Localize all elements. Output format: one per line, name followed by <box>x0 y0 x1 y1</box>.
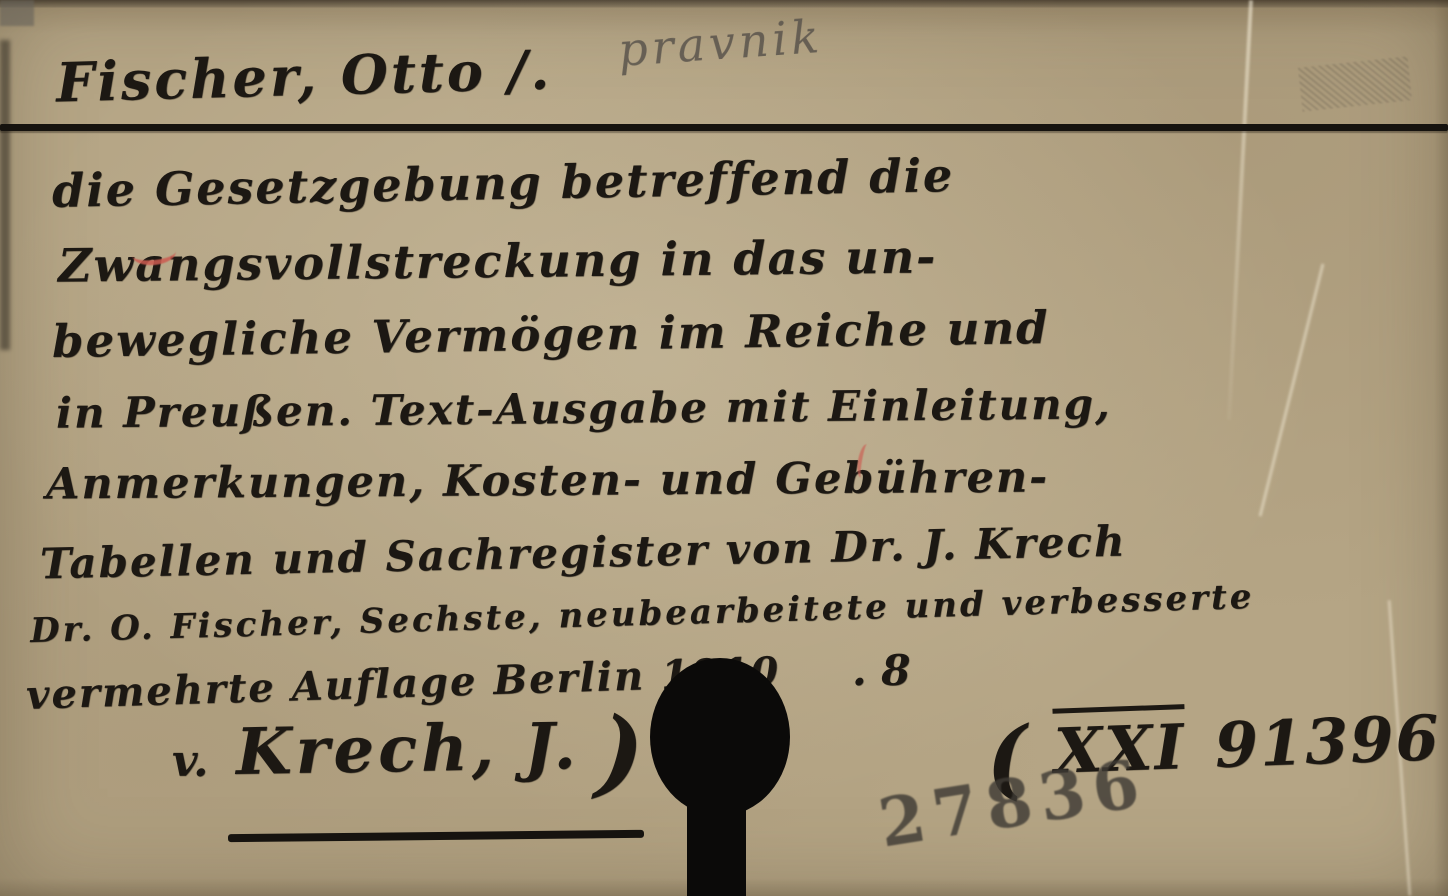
cross-reference-prefix: v. <box>172 736 208 787</box>
body-line: bewegliche Vermögen im Reiche und <box>52 301 1050 368</box>
body-line: die Gesetzgebung betreffend die <box>52 148 955 218</box>
body-line: Zwangsvollstreckung in das un- <box>58 229 938 292</box>
format-note: . 8 <box>852 646 910 695</box>
body-line: Tabellen und Sachregister von Dr. J. Kre… <box>40 517 1127 589</box>
call-number-digits: 91396 <box>1214 701 1442 782</box>
body-line: Dr. O. Fischer, Sechste, neubearbeitete … <box>30 577 1255 651</box>
cross-reference-name: Krech, J. <box>235 709 580 790</box>
punch-hole-stem <box>687 780 746 896</box>
cross-reference-paren: ) <box>594 695 647 811</box>
body-line: in Preußen. Text-Ausgabe mit Einleitung, <box>56 379 1112 437</box>
catalog-card: Fischer, Otto /. pravnik die Gesetzgebun… <box>0 0 1448 896</box>
body-line: Anmerkungen, Kosten- und Gebühren- <box>46 452 1049 509</box>
